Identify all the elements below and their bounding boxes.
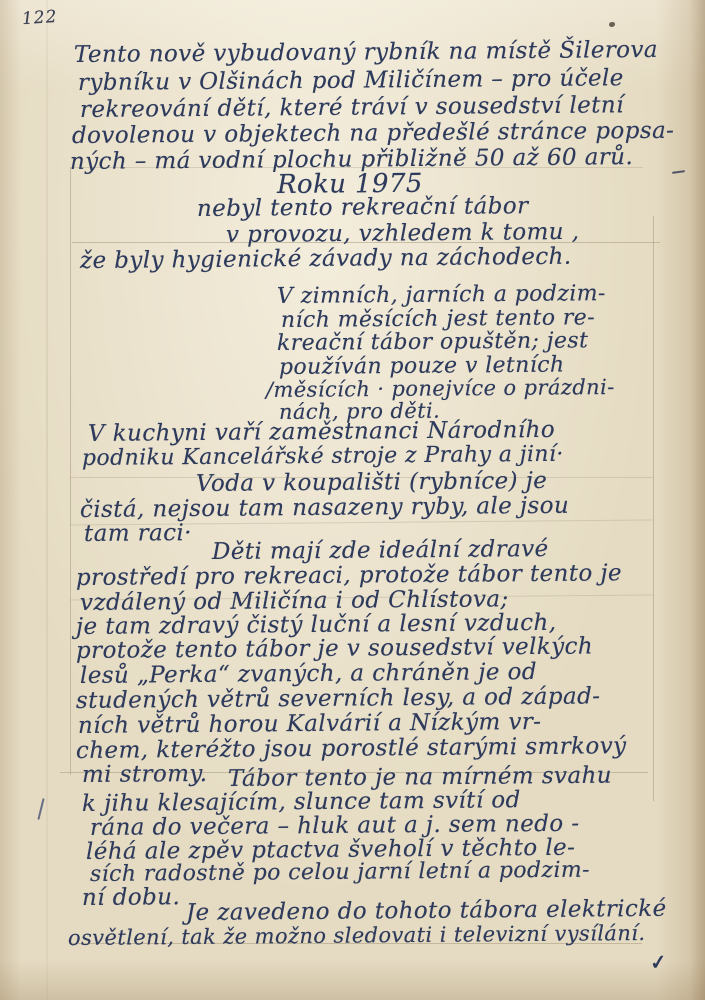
handwritten-line: podniku Kancelářské stroje z Prahy a jin…	[82, 442, 564, 471]
handwritten-line: mi stromy.	[82, 761, 208, 788]
handwritten-line: rybníku v Olšinách pod Miličínem – pro ú…	[78, 65, 624, 96]
ink-speck	[609, 22, 615, 27]
handwritten-line: Tento nově vybudovaný rybník na místě Ši…	[74, 37, 658, 68]
handwritten-line: osvětlení, tak že možno sledovati i tele…	[68, 921, 646, 950]
handwritten-line: tam raci·	[84, 520, 192, 547]
chronicle-page: 122 Tento nově vybudovaný rybník na míst…	[0, 0, 705, 1000]
handwritten-line: prostředí pro rekreaci, protože tábor te…	[76, 560, 622, 591]
handwritten-line: chem, kteréžto jsou porostlé starými smr…	[76, 733, 627, 764]
pencil-rule-v-left	[70, 167, 71, 775]
handwritten-line: čistá, nejsou tam nasazeny ryby, ale jso…	[80, 493, 569, 523]
handwritten-line: nebyl tento rekreační tábor	[197, 193, 529, 222]
stray-dash-mark	[672, 170, 685, 174]
handwritten-line: sích radostně po celou jarní letní a pod…	[90, 858, 590, 887]
paper-crease	[46, 0, 48, 1000]
stray-pen-stroke	[37, 798, 44, 820]
handwritten-line: že byly hygienické závady na záchodech.	[80, 244, 572, 274]
pencil-rule-v-right	[653, 216, 654, 801]
handwritten-line: /měsících · ponejvíce o prázdni-	[266, 375, 615, 402]
handwritten-line: ní dobu.	[82, 884, 180, 911]
page-number: 122	[21, 7, 58, 29]
checkmark: ✓	[649, 949, 668, 975]
